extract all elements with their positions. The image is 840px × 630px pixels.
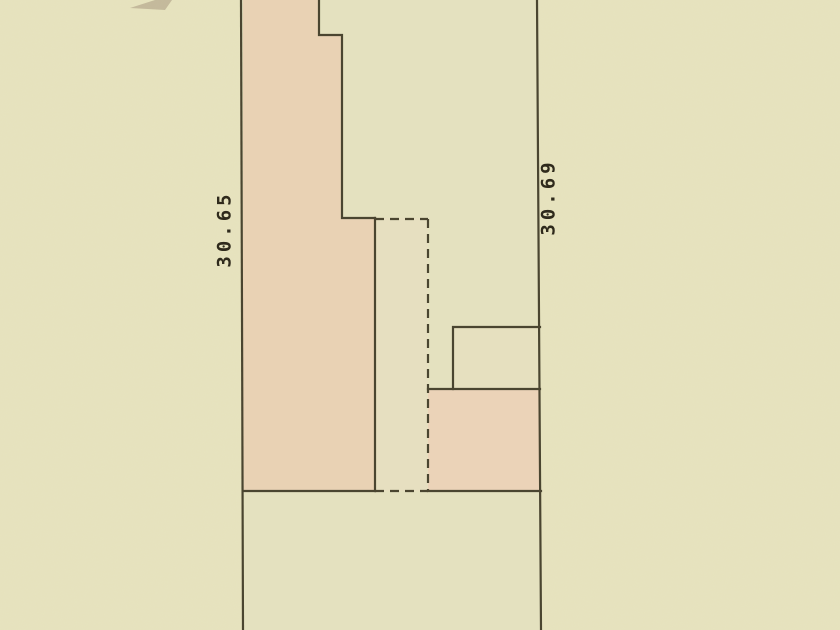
building-rear-right [428,389,540,491]
dimension-left: 30.65 [214,190,236,267]
property-plan: 30.65 30.69 [0,0,840,630]
plan-drawing [0,0,840,630]
passage-area [375,218,428,491]
outbuilding-small [453,327,540,389]
dimension-right: 30.69 [538,158,560,235]
